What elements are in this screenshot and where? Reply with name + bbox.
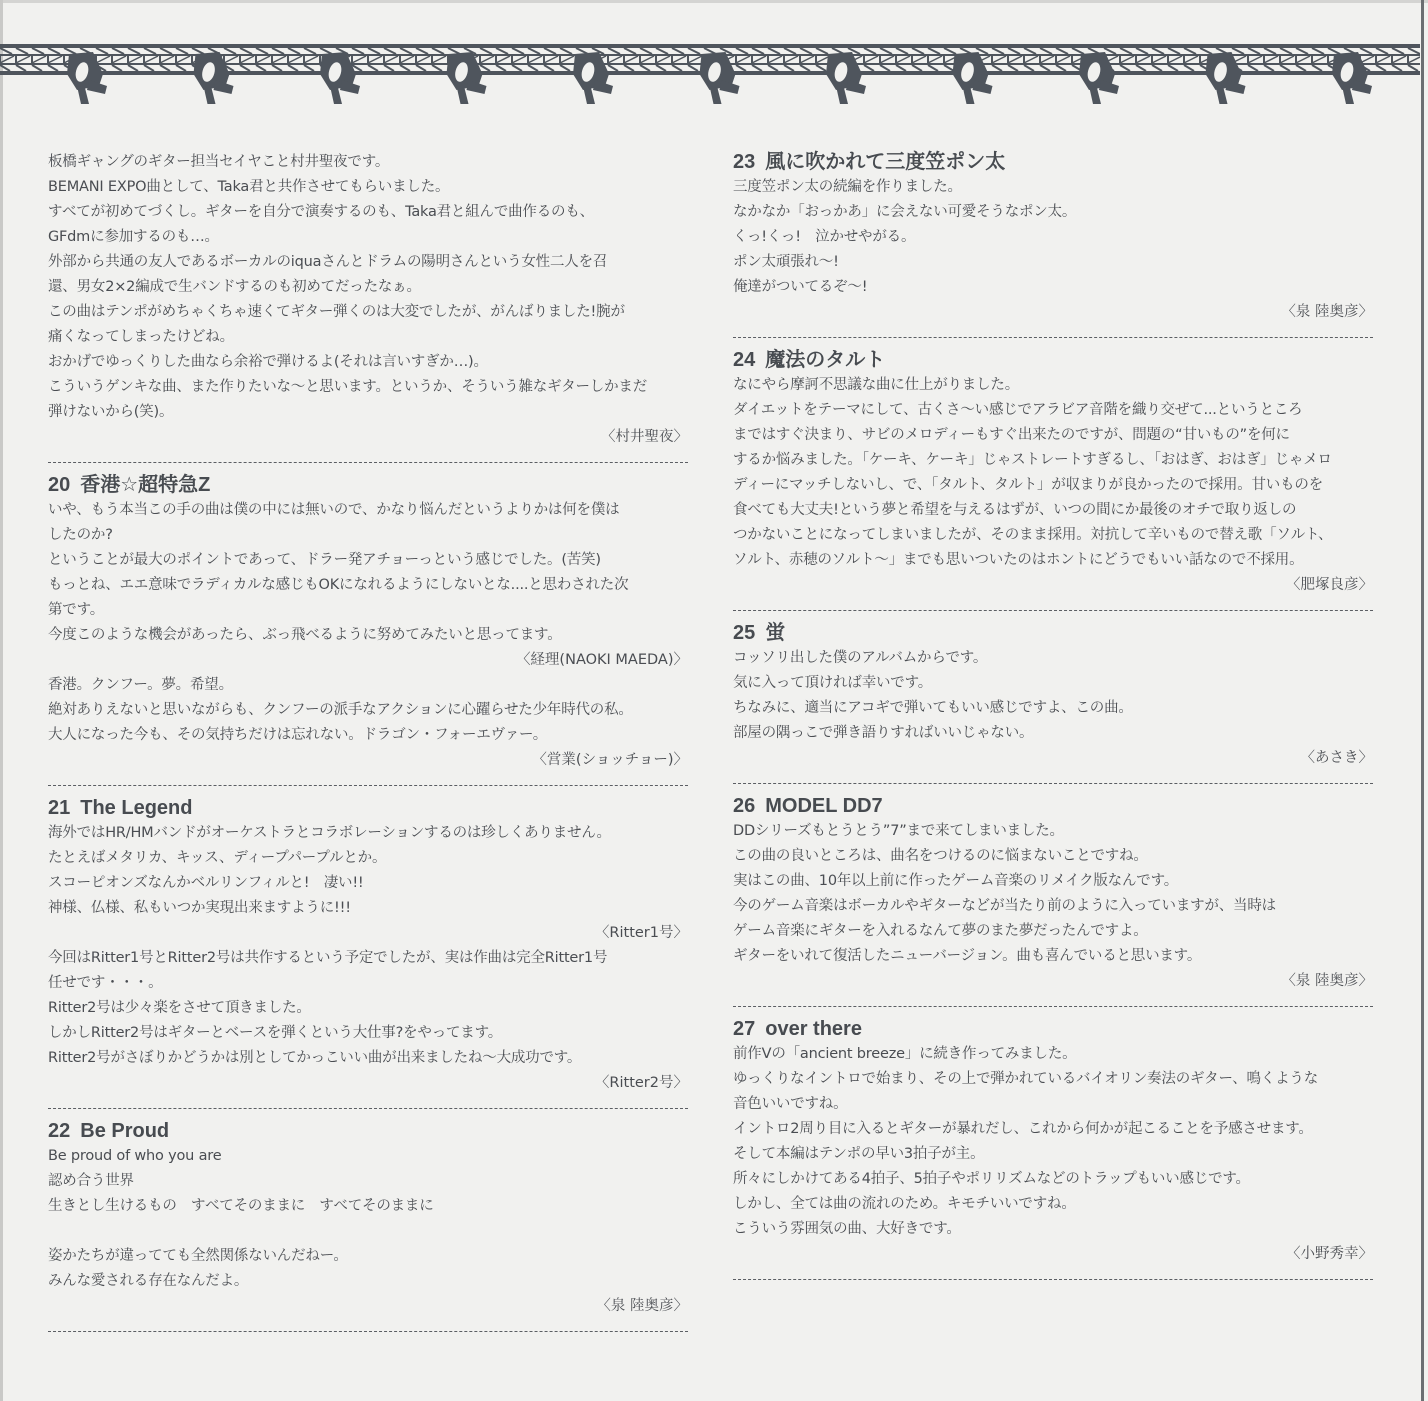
author-credit: 〈Ritter1号〉: [48, 921, 688, 946]
body-text-line: 海外ではHR/HMバンドがオーケストラとコラボレーションするのは珍しくありません…: [48, 821, 688, 846]
track-title: 25蛍: [733, 621, 1373, 646]
body-text-line: 生きとし生けるもの すべてそのままに すべてそのままに: [48, 1194, 688, 1219]
body-text-line: 認め合う世界: [48, 1169, 688, 1194]
page-edge-left: [0, 0, 3, 1401]
body-text-line: 第です。: [48, 598, 688, 623]
author-credit: 〈営業(ショッチョー)〉: [48, 748, 688, 773]
body-text-line: ダイエットをテーマにして、古くさ～い感じでアラビア音階を織り交ぜて...というと…: [733, 398, 1373, 423]
right-column: 23風に吹かれて三度笠ポン太 三度笠ポン太の続編を作りました。なかなか「おっかあ…: [733, 150, 1373, 1290]
author-credit: 〈泉 陸奥彦〉: [733, 300, 1373, 325]
track-name: The Legend: [80, 797, 192, 819]
body-text-line: 音色いいですね。: [733, 1092, 1373, 1117]
body-text-line: すべてが初めてづくし。ギターを自分で演奏するのも、Taka君と組んで曲作るのも、: [48, 200, 688, 225]
dashed-divider: [48, 1331, 688, 1332]
track-number: 22: [48, 1120, 70, 1142]
body-text-line: 今のゲーム音楽はボーカルやギターなどが当たり前のように入っていますが、当時は: [733, 894, 1373, 919]
body-text-line: こういうゲンキな曲、また作りたいな～と思います。というか、そういう雑なギターしか…: [48, 375, 688, 400]
body-text-line: ソルト、赤穂のソルト～」までも思いついたのはホントにどうでもいい話なので不採用。: [733, 548, 1373, 573]
track-number: 23: [733, 151, 755, 173]
track-name: 風に吹かれて三度笠ポン太: [765, 151, 1005, 173]
track-name: MODEL DD7: [765, 795, 882, 817]
track-number: 20: [48, 474, 70, 496]
author-credit: 〈経理(NAOKI MAEDA)〉: [48, 648, 688, 673]
author-credit: 〈泉 陸奥彦〉: [733, 969, 1373, 994]
track-title: 26MODEL DD7: [733, 794, 1373, 819]
dashed-divider: [733, 1006, 1373, 1007]
body-text-line: 弾けないから(笑)。: [48, 400, 688, 425]
body-text-line: DDシリーズもとうとう”7”まで来てしまいました。: [733, 819, 1373, 844]
body-text-line: ギターをいれて復活したニューバージョン。曲も喜んでいると思います。: [733, 944, 1373, 969]
body-text-line: 今度このような機会があったら、ぶっ飛べるように努めてみたいと思ってます。: [48, 623, 688, 648]
body-text-line: なにやら摩訶不思議な曲に仕上がりました。: [733, 373, 1373, 398]
body-text-line: 今回はRitter1号とRitter2号は共作するという予定でしたが、実は作曲は…: [48, 946, 688, 971]
dashed-divider: [733, 1279, 1373, 1280]
track-name: 蛍: [765, 622, 785, 644]
body-text-line: 姿かたちが違ってても全然関係ないんだねー。: [48, 1244, 688, 1269]
body-text-line: しかしRitter2号はギターとベースを弾くという大仕事?をやってます。: [48, 1021, 688, 1046]
body-text-line: 大人になった今も、その気持ちだけは忘れない。ドラゴン・フォーエヴァー。: [48, 723, 688, 748]
track-27-section: 27over there 前作Vの「ancient breeze」に続き作ってみ…: [733, 1017, 1373, 1267]
track-name: 魔法のタルト: [765, 349, 885, 371]
track-number: 25: [733, 622, 755, 644]
author-credit: 〈泉 陸奥彦〉: [48, 1294, 688, 1319]
body-text-line: スコーピオンズなんかベルリンフィルと! 凄い!!: [48, 871, 688, 896]
body-text-line: 外部から共通の友人であるボーカルのiquaさんとドラムの陽明さんという女性二人を…: [48, 250, 688, 275]
body-text-line: するか悩みました。「ケーキ、ケーキ」じゃストレートすぎるし、「おはぎ、おはぎ」じ…: [733, 448, 1373, 473]
track-22-section: 22Be Proud Be proud of who you are認め合う世界…: [48, 1119, 688, 1319]
body-text-line: いや、もう本当この手の曲は僕の中には無いので、かなり悩んだというよりかは何を僕は: [48, 498, 688, 523]
track-title: 22Be Proud: [48, 1119, 688, 1144]
body-text-line: 食べても大丈夫!という夢と希望を与えるはずが、いつの間にか最後のオチで取り返しの: [733, 498, 1373, 523]
body-text-line: ちなみに、適当にアコギで弾いてもいい感じですよ、この曲。: [733, 696, 1373, 721]
body-text-line: Ritter2号は少々楽をさせて頂きました。: [48, 996, 688, 1021]
page-edge-top: [0, 0, 1428, 3]
dashed-divider: [733, 610, 1373, 611]
body-text-line: おかげでゆっくりした曲なら余裕で弾けるよ(それは言いすぎか…)。: [48, 350, 688, 375]
track-21-section: 21The Legend 海外ではHR/HMバンドがオーケストラとコラボレーショ…: [48, 796, 688, 1096]
body-text-line: GFdmに参加するのも…。: [48, 225, 688, 250]
body-text-line: イントロ2周り目に入るとギターが暴れだし、これから何かが起こることを予感させます…: [733, 1117, 1373, 1142]
body-text-line: Ritter2号がさぼりかどうかは別としてかっこいい曲が出来ましたね～大成功です…: [48, 1046, 688, 1071]
body-text-line: なかなか「おっかあ」に会えない可愛そうなポン太。: [733, 200, 1373, 225]
stage-lighting-truss-icon: [0, 44, 1420, 104]
track-title: 20香港☆超特急Z: [48, 473, 688, 498]
track-20-section: 20香港☆超特急Z いや、もう本当この手の曲は僕の中には無いので、かなり悩んだと…: [48, 473, 688, 773]
intro-section: 板橋ギャングのギター担当セイヤこと村井聖夜です。BEMANI EXPO曲として、…: [48, 150, 688, 450]
body-text-line: コッソリ出した僕のアルバムからです。: [733, 646, 1373, 671]
body-text-line: ゆっくりなイントロで始まり、その上で弾かれているバイオリン奏法のギター、鳴くよう…: [733, 1067, 1373, 1092]
body-text-line: 部屋の隅っこで弾き語りすればいいじゃない。: [733, 721, 1373, 746]
body-text-line: みんな愛される存在なんだよ。: [48, 1269, 688, 1294]
dashed-divider: [48, 462, 688, 463]
body-text-line: 実はこの曲、10年以上前に作ったゲーム音楽のリメイク版なんです。: [733, 869, 1373, 894]
body-text-line: この曲の良いところは、曲名をつけるのに悩まないことですね。: [733, 844, 1373, 869]
track-24-section: 24魔法のタルト なにやら摩訶不思議な曲に仕上がりました。ダイエットをテーマにし…: [733, 348, 1373, 598]
body-text-line: 三度笠ポン太の続編を作りました。: [733, 175, 1373, 200]
body-text-line: 前作Vの「ancient breeze」に続き作ってみました。: [733, 1042, 1373, 1067]
track-title: 24魔法のタルト: [733, 348, 1373, 373]
author-credit: 〈あさき〉: [733, 746, 1373, 771]
body-text-line: そして本編はテンポの早い3拍子が主。: [733, 1142, 1373, 1167]
body-text-line: ゲーム音楽にギターを入れるなんて夢のまた夢だったんですよ。: [733, 919, 1373, 944]
body-text-line: BEMANI EXPO曲として、Taka君と共作させてもらいました。: [48, 175, 688, 200]
author-credit: 〈村井聖夜〉: [48, 425, 688, 450]
body-text-line: 神様、仏様、私もいつか実現出来ますように!!!: [48, 896, 688, 921]
body-text-line: こういう雰囲気の曲、大好きです。: [733, 1217, 1373, 1242]
body-text-line: ということが最大のポイントであって、ドラー発アチョーっという感じでした。(苦笑): [48, 548, 688, 573]
body-text-line: もっとね、エエ意味でラディカルな感じもOKになれるようにしないとな....と思わ…: [48, 573, 688, 598]
body-text-line: 絶対ありえないと思いながらも、クンフーの派手なアクションに心躍らせた少年時代の私…: [48, 698, 688, 723]
track-name: over there: [765, 1018, 862, 1040]
body-text-line: ディーにマッチしないし、で、「タルト、タルト」が収まりが良かったので採用。甘いも…: [733, 473, 1373, 498]
body-text-line: Be proud of who you are: [48, 1144, 688, 1169]
track-title: 23風に吹かれて三度笠ポン太: [733, 150, 1373, 175]
body-text-line: つかないことになってしまいましたが、そのまま採用。対抗して辛いもので替え歌「ソル…: [733, 523, 1373, 548]
page-edge-right: [1421, 0, 1424, 1401]
dashed-divider: [733, 337, 1373, 338]
body-text-line: まではすぐ決まり、サビのメロディーもすぐ出来たのですが、問題の“甘いもの”を何に: [733, 423, 1373, 448]
author-credit: 〈Ritter2号〉: [48, 1071, 688, 1096]
dashed-divider: [48, 785, 688, 786]
body-text-line: 所々にしかけてある4拍子、5拍子やポリリズムなどのトラップもいい感じです。: [733, 1167, 1373, 1192]
body-text-line: 板橋ギャングのギター担当セイヤこと村井聖夜です。: [48, 150, 688, 175]
body-text-line: ポン太頑張れ～!: [733, 250, 1373, 275]
track-name: 香港☆超特急Z: [80, 474, 210, 496]
author-credit: 〈肥塚良彦〉: [733, 573, 1373, 598]
body-text-line: くっ!くっ! 泣かせやがる。: [733, 225, 1373, 250]
track-number: 26: [733, 795, 755, 817]
track-number: 24: [733, 349, 755, 371]
body-text-line: 俺達がついてるぞ～!: [733, 275, 1373, 300]
left-column: 板橋ギャングのギター担当セイヤこと村井聖夜です。BEMANI EXPO曲として、…: [48, 150, 688, 1342]
track-26-section: 26MODEL DD7 DDシリーズもとうとう”7”まで来てしまいました。この曲…: [733, 794, 1373, 994]
track-name: Be Proud: [80, 1120, 169, 1142]
author-credit: 〈小野秀幸〉: [733, 1242, 1373, 1267]
body-text-line: しかし、全ては曲の流れのため。キモチいいですね。: [733, 1192, 1373, 1217]
body-text-line: 香港。クンフー。夢。希望。: [48, 673, 688, 698]
body-text-line: [48, 1219, 688, 1244]
track-title: 21The Legend: [48, 796, 688, 821]
body-text-line: 痛くなってしまったけどね。: [48, 325, 688, 350]
body-text-line: 気に入って頂ければ幸いです。: [733, 671, 1373, 696]
body-text-line: 還、男女2×2編成で生バンドするのも初めてだったなぁ。: [48, 275, 688, 300]
dashed-divider: [48, 1108, 688, 1109]
dashed-divider: [733, 783, 1373, 784]
track-number: 21: [48, 797, 70, 819]
track-23-section: 23風に吹かれて三度笠ポン太 三度笠ポン太の続編を作りました。なかなか「おっかあ…: [733, 150, 1373, 325]
track-title: 27over there: [733, 1017, 1373, 1042]
body-text-line: たとえばメタリカ、キッス、ディープパープルとか。: [48, 846, 688, 871]
track-number: 27: [733, 1018, 755, 1040]
body-text-line: 任せです・・・。: [48, 971, 688, 996]
body-text-line: したのか?: [48, 523, 688, 548]
track-25-section: 25蛍 コッソリ出した僕のアルバムからです。気に入って頂ければ幸いです。ちなみに…: [733, 621, 1373, 771]
body-text-line: この曲はテンポがめちゃくちゃ速くてギター弾くのは大変でしたが、がんばりました!腕…: [48, 300, 688, 325]
